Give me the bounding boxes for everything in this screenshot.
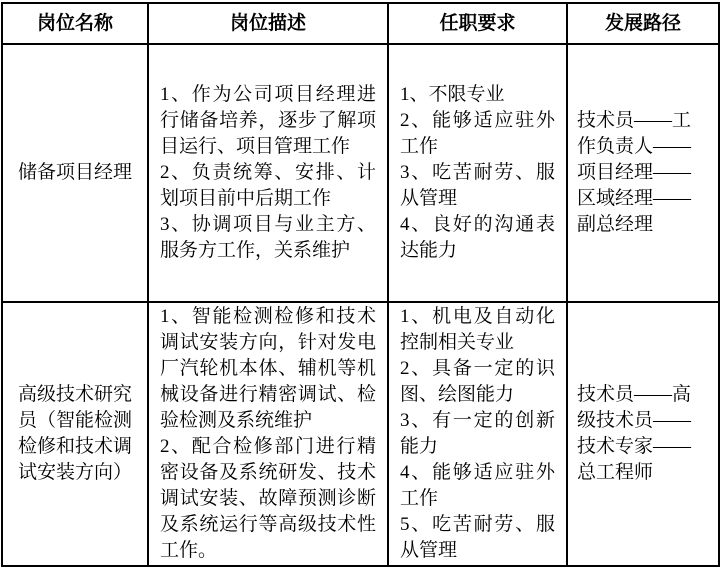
requirement-item: 1、机电及自动化控制相关专业 [400,304,555,356]
requirement-item: 1、不限专业 [400,82,555,108]
requirement-item: 2、具备一定的识图、绘图能力 [400,356,555,408]
requirement-item: 5、吃苦耐劳、服从管理 [400,512,555,564]
header-career-path: 发展路径 [567,3,719,44]
career-path-cell: 技术员——工作负责人——项目经理——区域经理——副总经理 [567,44,719,302]
requirement-item: 4、良好的沟通表达能力 [400,212,555,264]
table-row-senior-technical-researcher: 高级技术研究员（智能检测检修和技术调试安装方向） 1、智能检测检修和技术调试安装… [2,302,719,566]
requirement-item: 3、吃苦耐劳、服从管理 [400,160,555,212]
requirement-item: 3、有一定的创新能力 [400,408,555,460]
description-item: 1、作为公司项目经理进行储备培养，逐步了解项目运行、项目管理工作 [160,82,376,160]
position-name-cell: 储备项目经理 [2,44,148,302]
header-position-name: 岗位名称 [2,3,148,44]
position-description-cell: 1、作为公司项目经理进行储备培养，逐步了解项目运行、项目管理工作 2、负责统筹、… [148,44,388,302]
job-positions-table: 岗位名称 岗位描述 任职要求 发展路径 储备项目经理 1、作为公司项目经理进行储… [1,2,720,567]
requirements-cell: 1、机电及自动化控制相关专业 2、具备一定的识图、绘图能力 3、有一定的创新能力… [388,302,567,566]
requirements-cell: 1、不限专业 2、能够适应驻外工作 3、吃苦耐劳、服从管理 4、良好的沟通表达能… [388,44,567,302]
description-item: 3、协调项目与业主方、服务方工作，关系维护 [160,212,376,264]
requirement-item: 4、能够适应驻外工作 [400,460,555,512]
header-job-requirements: 任职要求 [388,3,567,44]
description-item: 2、配合检修部门进行精密设备及系统研发、技术调试安装、故障预测诊断及系统运行等高… [160,434,376,564]
position-name-cell: 高级技术研究员（智能检测检修和技术调试安装方向） [2,302,148,566]
description-item: 1、智能检测检修和技术调试安装方向，针对发电厂汽轮机本体、辅机等机械设备进行精密… [160,304,376,434]
description-item: 2、负责统筹、安排、计划项目前中后期工作 [160,160,376,212]
requirement-item: 2、能够适应驻外工作 [400,108,555,160]
table-row-reserve-project-manager: 储备项目经理 1、作为公司项目经理进行储备培养，逐步了解项目运行、项目管理工作 … [2,44,719,302]
position-description-cell: 1、智能检测检修和技术调试安装方向，针对发电厂汽轮机本体、辅机等机械设备进行精密… [148,302,388,566]
career-path-cell: 技术员——高级技术员——技术专家——总工程师 [567,302,719,566]
header-position-description: 岗位描述 [148,3,388,44]
header-row: 岗位名称 岗位描述 任职要求 发展路径 [2,3,719,44]
